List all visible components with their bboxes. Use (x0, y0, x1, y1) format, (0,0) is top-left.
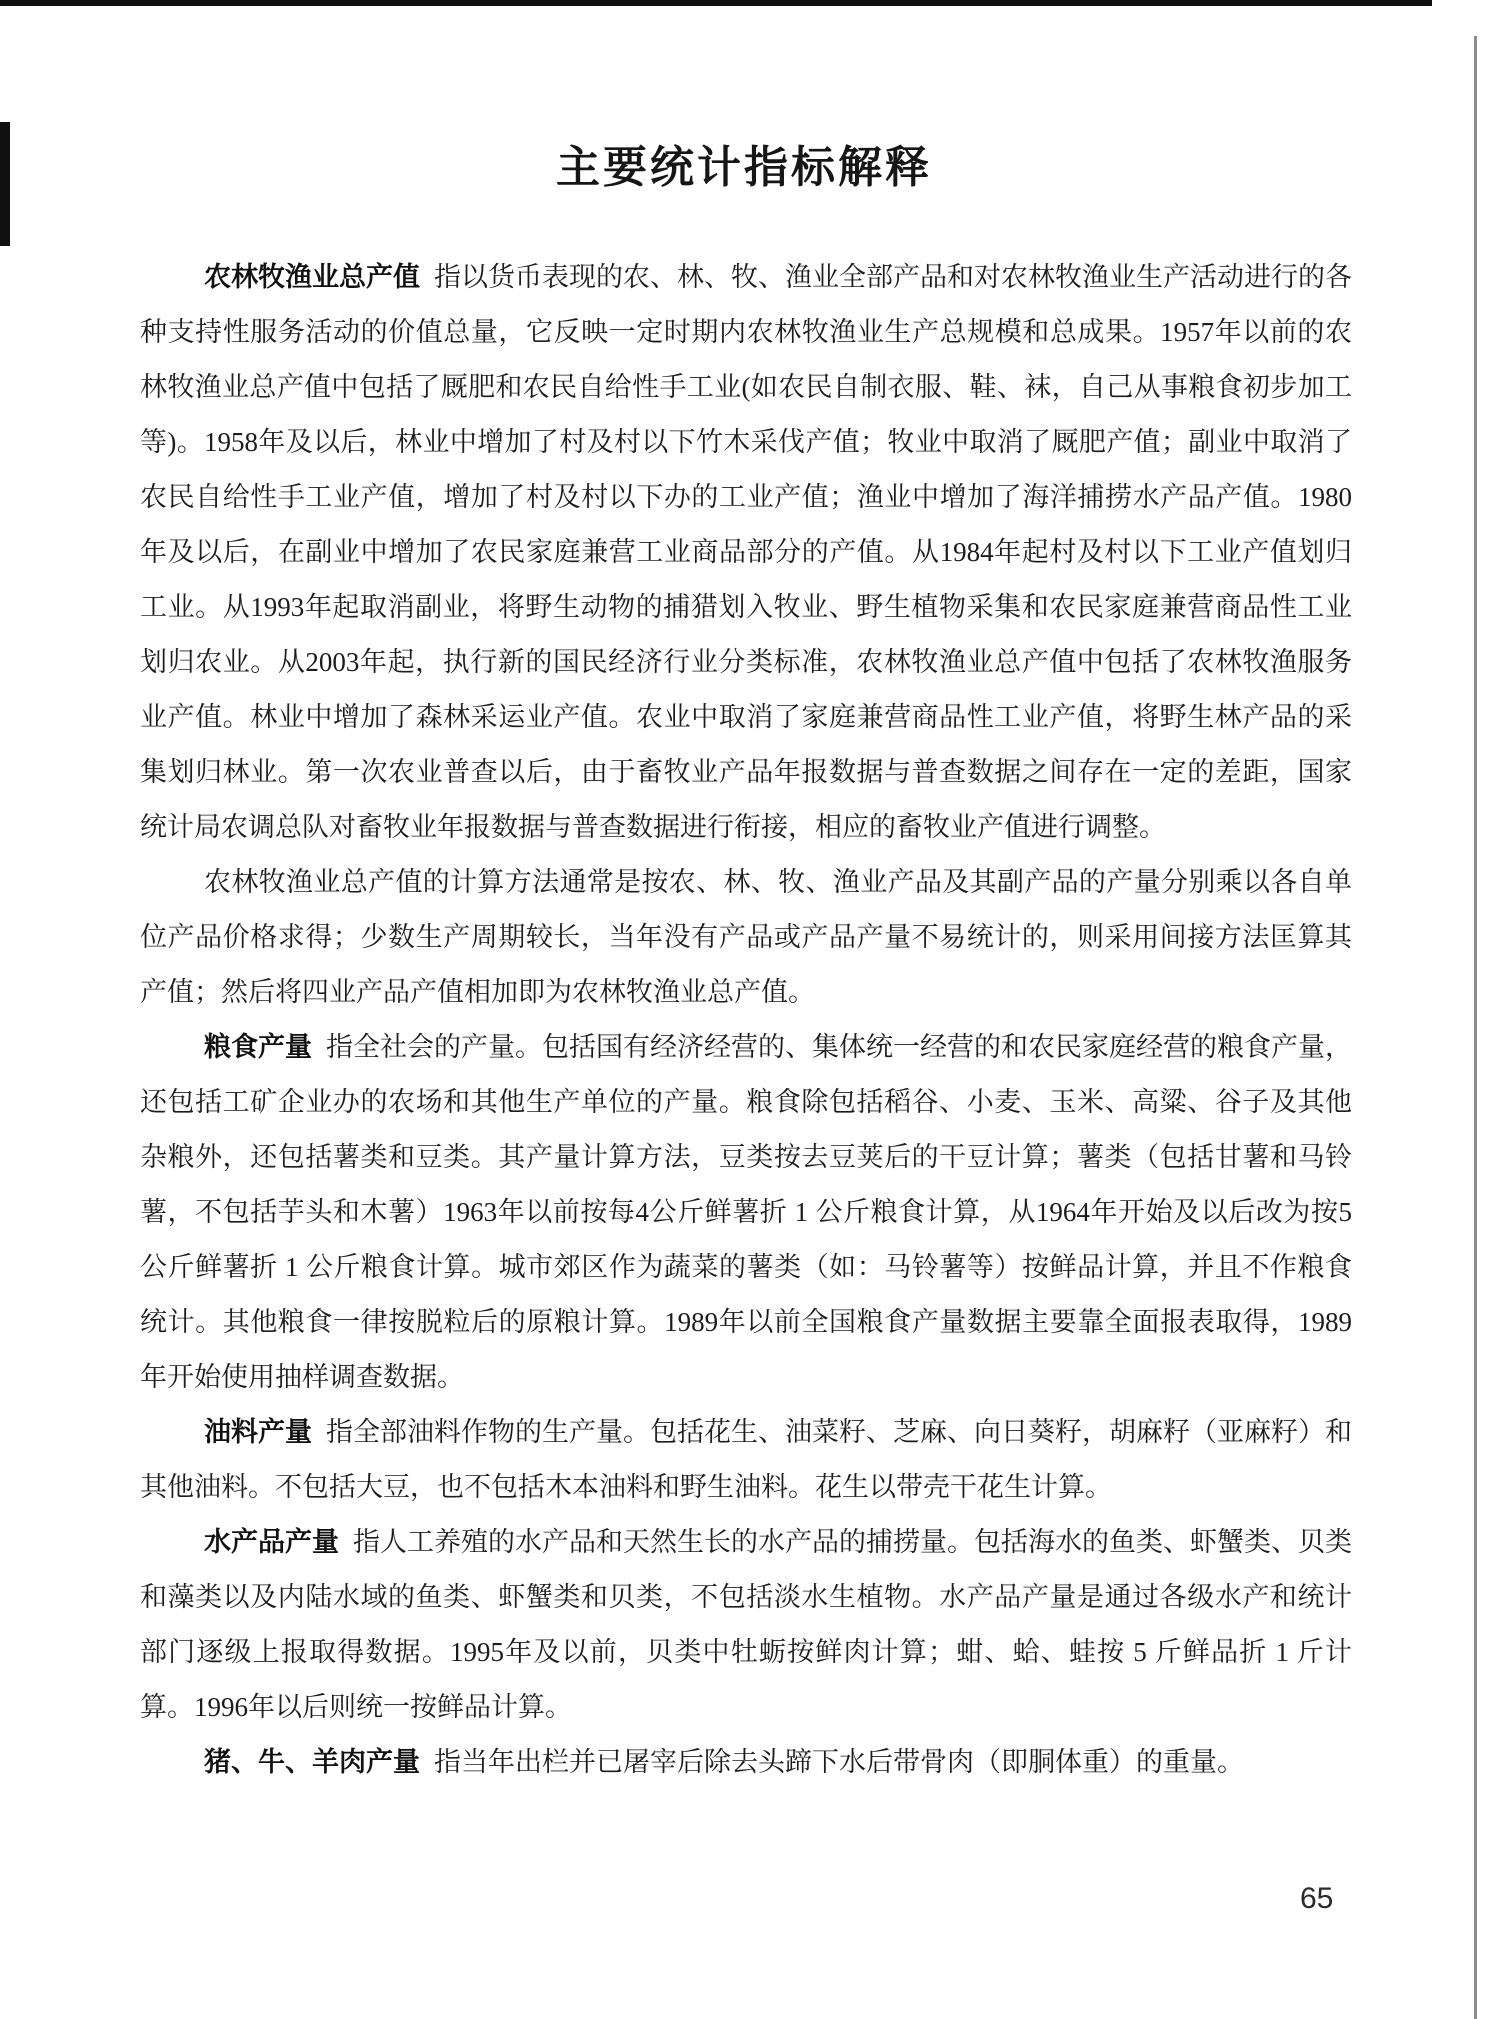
term-gross-output-value-label: 农林牧渔业总产值 (204, 262, 420, 292)
paragraph-gross-output-value: 农林牧渔业总产值指以货币表现的农、林、牧、渔业全部产品和对农林牧渔业生产活动进行… (140, 250, 1352, 855)
term-meat-output-label: 猪、牛、羊肉产量 (204, 1747, 420, 1777)
paragraph-meat-output: 猪、牛、羊肉产量指当年出栏并已屠宰后除去头蹄下水后带骨肉（即胴体重）的重量。 (140, 1735, 1352, 1790)
paragraph-text: 指当年出栏并已屠宰后除去头蹄下水后带骨肉（即胴体重）的重量。 (434, 1747, 1244, 1777)
document-page: 主要统计指标解释 农林牧渔业总产值指以货币表现的农、林、牧、渔业全部产品和对农林… (0, 0, 1488, 2019)
term-grain-output-label: 粮食产量 (204, 1032, 312, 1062)
paragraph-text: 指全部油料作物的生产量。包括花生、油菜籽、芝麻、向日葵籽，胡麻籽（亚麻籽）和其他… (140, 1417, 1352, 1502)
page-number: 65 (1300, 1882, 1333, 1916)
paragraph-text: 农林牧渔业总产值的计算方法通常是按农、林、牧、渔业产品及其副产品的产量分别乘以各… (140, 867, 1352, 1007)
paragraph-calculation-method: 农林牧渔业总产值的计算方法通常是按农、林、牧、渔业产品及其副产品的产量分别乘以各… (140, 855, 1352, 1020)
scan-artifact-top-bar (0, 0, 1432, 6)
paragraph-text: 指全社会的产量。包括国有经济经营的、集体统一经营的和农民家庭经营的粮食产量，还包… (140, 1032, 1352, 1392)
scan-artifact-right-line (1474, 36, 1477, 2019)
term-aquatic-products-output-label: 水产品产量 (204, 1527, 339, 1557)
paragraph-oil-crops-output: 油料产量指全部油料作物的生产量。包括花生、油菜籽、芝麻、向日葵籽，胡麻籽（亚麻籽… (140, 1405, 1352, 1515)
paragraph-aquatic-products-output: 水产品产量指人工养殖的水产品和天然生长的水产品的捕捞量。包括海水的鱼类、虾蟹类、… (140, 1515, 1352, 1735)
document-body: 农林牧渔业总产值指以货币表现的农、林、牧、渔业全部产品和对农林牧渔业生产活动进行… (140, 250, 1352, 1790)
paragraph-grain-output: 粮食产量指全社会的产量。包括国有经济经营的、集体统一经营的和农民家庭经营的粮食产… (140, 1020, 1352, 1405)
paragraph-text: 指以货币表现的农、林、牧、渔业全部产品和对农林牧渔业生产活动进行的各种支持性服务… (140, 262, 1352, 842)
page-title: 主要统计指标解释 (0, 131, 1488, 195)
term-oil-crops-output-label: 油料产量 (204, 1417, 312, 1447)
